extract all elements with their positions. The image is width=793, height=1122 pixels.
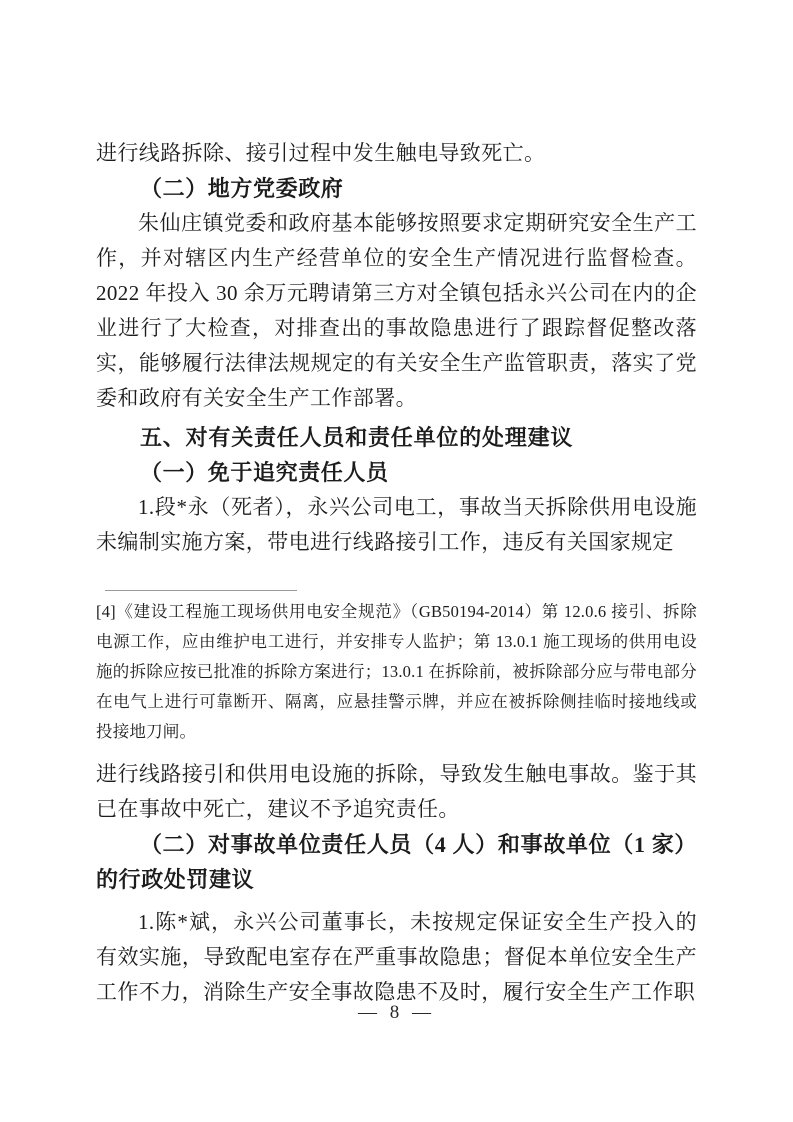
footnote-text: [4]《建设工程施工现场供用电安全规范》（GB50194-2014）第 12.0… bbox=[96, 597, 697, 747]
footnote-block: [4]《建设工程施工现场供用电安全规范》（GB50194-2014）第 12.0… bbox=[96, 590, 697, 747]
page-number: — 8 — bbox=[0, 1002, 793, 1024]
section-heading-exempt-persons: （一）免于追究责任人员 bbox=[96, 455, 697, 490]
body-paragraph-duan-continuation: 进行线路接引和供用电设施的拆除，导致发生触电事故。鉴于其已在事故中死亡，建议不予… bbox=[96, 757, 697, 827]
body-paragraph-duan: 1.段*永（死者），永兴公司电工，事故当天拆除供用电设施未编制实施方案，带电进行… bbox=[96, 490, 697, 560]
body-paragraph-continuation: 进行线路拆除、接引过程中发生触电导致死亡。 bbox=[96, 136, 697, 171]
section-heading-five-handling-suggestions: 五、对有关责任人员和责任单位的处理建议 bbox=[96, 420, 697, 455]
section-heading-punishment-suggestions: （二）对事故单位责任人员（4 人）和事故单位（1 家）的行政处罚建议 bbox=[96, 827, 697, 897]
document-page: 进行线路拆除、接引过程中发生触电导致死亡。 （二）地方党委政府 朱仙庄镇党委和政… bbox=[0, 0, 793, 1122]
footnote-separator bbox=[105, 590, 297, 591]
section-heading-local-party-government: （二）地方党委政府 bbox=[96, 171, 697, 206]
body-paragraph-chen: 1.陈*斌，永兴公司董事长，未按规定保证安全生产投入的有效实施，导致配电室存在严… bbox=[96, 905, 697, 1010]
body-paragraph-local-party: 朱仙庄镇党委和政府基本能够按照要求定期研究安全生产工作，并对辖区内生产经营单位的… bbox=[96, 206, 697, 416]
